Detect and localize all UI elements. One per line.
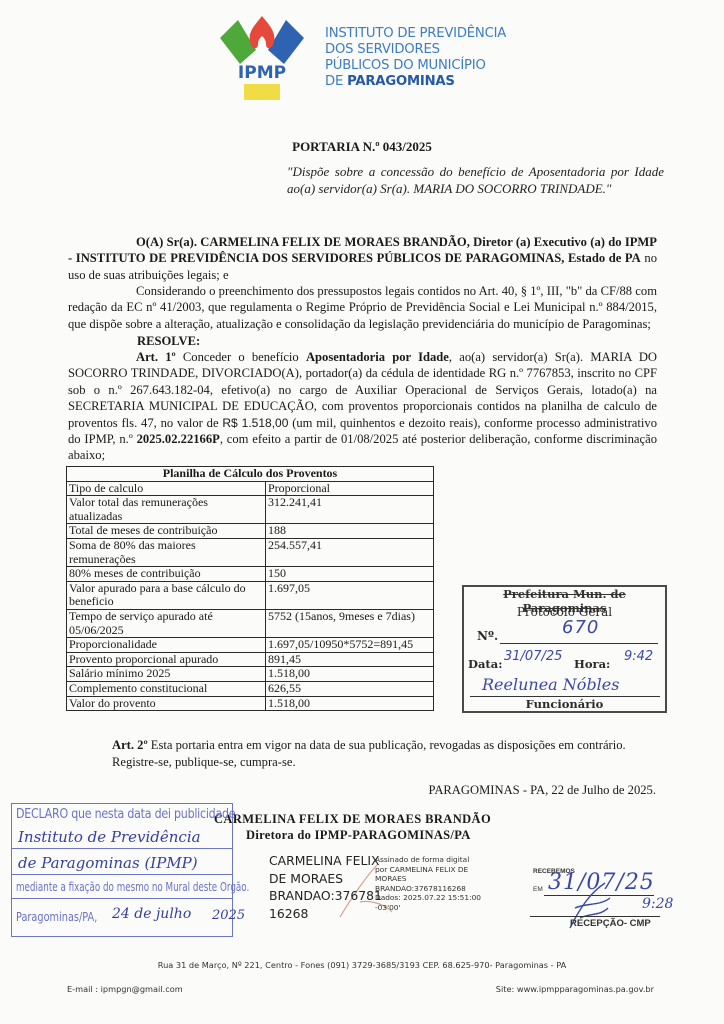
ipmp-emblem-icon: IPMP bbox=[214, 8, 310, 100]
declaration-line-1: DECLARO que nesta data dei publicidade bbox=[16, 806, 235, 822]
table-title: Planilha de Cálculo dos Proventos bbox=[67, 467, 434, 482]
row-value: 1.697,05/10950*5752=891,45 bbox=[266, 638, 434, 653]
art2-label: Art. 2º bbox=[112, 738, 148, 752]
declaration-year: 2025 bbox=[212, 908, 245, 923]
row-label: Tempo de serviço apurado até 05/06/2025 bbox=[67, 609, 266, 637]
row-value: 188 bbox=[266, 524, 434, 539]
row-value: 1.518,00 bbox=[266, 667, 434, 682]
ementa: "Dispõe sobre a concessão do benefício d… bbox=[287, 163, 664, 197]
digital-signature-info: Assinado de forma digital por CARMELINA … bbox=[375, 855, 495, 913]
table-row: Total de meses de contribuição188 bbox=[67, 524, 434, 539]
row-value: 626,55 bbox=[266, 681, 434, 696]
stamp-footer: Funcionário bbox=[464, 697, 665, 711]
institution-city: PARAGOMINAS bbox=[347, 74, 455, 89]
digital-sig-line: DE MORAES bbox=[269, 870, 382, 888]
declaration-rule bbox=[12, 848, 232, 849]
stamp-number-label: Nº. bbox=[477, 629, 498, 643]
declaration-handwritten-2: de Paragominas (IPMP) bbox=[18, 854, 198, 872]
row-label: Complemento constitucional bbox=[67, 681, 266, 696]
receipt-stamp: RECEBEMOS EM 31/07/25 9:28 RECEPÇÃO- CMP bbox=[530, 868, 670, 928]
footer-site[interactable]: Site: www.ipmpparagominas.pa.gov.br bbox=[496, 984, 654, 994]
receipt-footer: RECEPÇÃO- CMP bbox=[570, 918, 651, 929]
row-label: Valor do provento bbox=[67, 696, 266, 711]
place-date: PARAGOMINAS - PA, 22 de Julho de 2025. bbox=[428, 783, 656, 798]
preamble-paragraph: O(A) Sr(a). CARMELINA FELIX DE MORAES BR… bbox=[68, 234, 657, 283]
row-label: Tipo de calculo bbox=[67, 481, 266, 496]
art1-label: Art. 1º bbox=[136, 350, 176, 364]
footer-email[interactable]: E-mail : ipmpgn@gmail.com bbox=[67, 984, 183, 994]
receipt-em: EM bbox=[533, 886, 543, 893]
row-label: 80% meses de contribuição bbox=[67, 567, 266, 582]
row-value: 5752 (15anos, 9meses e 7dias) bbox=[266, 609, 434, 637]
receipt-sign-line bbox=[530, 916, 660, 917]
table-row: Valor do provento1.518,00 bbox=[67, 696, 434, 711]
digital-info-line: por CARMELINA FELIX DE bbox=[375, 865, 495, 875]
stamp-date-label: Data: bbox=[468, 657, 502, 671]
art1-text-a: Conceder o benefício bbox=[176, 350, 306, 364]
considering-paragraph: Considerando o preenchimento dos pressup… bbox=[68, 283, 657, 332]
preamble-bold: O(A) Sr(a). CARMELINA FELIX DE MORAES BR… bbox=[68, 235, 657, 265]
row-label: Total de meses de contribuição bbox=[67, 524, 266, 539]
digital-sig-line: BRANDAO:376781 bbox=[269, 887, 382, 905]
institution-line-3: PÚBLICOS DO MUNICÍPIO bbox=[325, 58, 506, 74]
signer-role: Diretora do IPMP-PARAGOMINAS/PA bbox=[246, 828, 471, 843]
row-value: 150 bbox=[266, 567, 434, 582]
declaration-date-handwritten: 24 de julho bbox=[112, 906, 191, 922]
declaration-city: Paragominas/PA, bbox=[16, 909, 97, 924]
row-value: 312.241,41 bbox=[266, 496, 434, 524]
declaration-stamp: DECLARO que nesta data dei publicidade I… bbox=[11, 803, 233, 937]
digital-info-line: Assinado de forma digital bbox=[375, 855, 495, 865]
row-label: Provento proporcional apurado bbox=[67, 652, 266, 667]
institution-line-2: DOS SERVIDORES bbox=[325, 42, 506, 58]
stamp-time-value: 9:42 bbox=[624, 649, 653, 664]
institution-name: INSTITUTO DE PREVIDÊNCIA DOS SERVIDORES … bbox=[325, 26, 506, 90]
stamp-time-label: Hora: bbox=[574, 657, 610, 671]
declaration-handwritten-1: Instituto de Previdência bbox=[18, 828, 201, 846]
row-value: 891,45 bbox=[266, 652, 434, 667]
row-value: 1.697,05 bbox=[266, 581, 434, 609]
document-title: PORTARIA N.º 043/2025 bbox=[0, 139, 724, 155]
table-row: Salário mínimo 20251.518,00 bbox=[67, 667, 434, 682]
institution-line-4: DE PARAGOMINAS bbox=[325, 74, 506, 90]
benefit-value: R$ 1.518,00 bbox=[222, 416, 288, 430]
row-value: 1.518,00 bbox=[266, 696, 434, 711]
stamp-number-value: 670 bbox=[562, 617, 599, 638]
ipmp-logo: IPMP bbox=[214, 8, 310, 100]
svg-text:IPMP: IPMP bbox=[238, 63, 286, 83]
table-row: Proporcionalidade1.697,05/10950*5752=891… bbox=[67, 638, 434, 653]
digital-sig-line: CARMELINA FELIX bbox=[269, 852, 382, 870]
institution-prefix: DE bbox=[325, 74, 347, 89]
digital-info-line: BRANDAO:37678116268 bbox=[375, 884, 495, 894]
table-row: Soma de 80% das maiores remunerações254.… bbox=[67, 538, 434, 566]
digital-info-line: MORAES bbox=[375, 874, 495, 884]
protocol-stamp: Prefeitura Mun. de Paragominas Protocolo… bbox=[462, 585, 667, 713]
digital-sig-line: 16268 bbox=[269, 905, 382, 923]
digital-info-line: Dados: 2025.07.22 15:51:00 bbox=[375, 893, 495, 903]
row-label: Salário mínimo 2025 bbox=[67, 667, 266, 682]
article-1: Art. 1º Conceder o benefício Aposentador… bbox=[68, 349, 657, 464]
benefit-type: Aposentadoria por Idade bbox=[306, 350, 449, 364]
closing-formula: Registre-se, publique-se, cumpra-se. bbox=[112, 754, 626, 771]
row-label: Valor apurado para a base cálculo do ben… bbox=[67, 581, 266, 609]
institution-line-1: INSTITUTO DE PREVIDÊNCIA bbox=[325, 26, 506, 42]
row-label: Valor total das remunerações atualizadas bbox=[67, 496, 266, 524]
declaration-line-5: Paragominas/PA, bbox=[16, 909, 97, 924]
row-value: 254.557,41 bbox=[266, 538, 434, 566]
digital-info-line: -03'00' bbox=[375, 903, 495, 913]
declaration-rule bbox=[12, 874, 232, 875]
row-label: Soma de 80% das maiores remunerações bbox=[67, 538, 266, 566]
table-row: Tipo de calculoProporcional bbox=[67, 481, 434, 496]
resolve-heading: RESOLVE: bbox=[137, 334, 200, 349]
row-label: Proporcionalidade bbox=[67, 638, 266, 653]
table-row: Valor total das remunerações atualizadas… bbox=[67, 496, 434, 524]
declaration-rule bbox=[12, 898, 232, 899]
declaration-line-4: mediante a fixação do mesmo no Mural des… bbox=[16, 880, 249, 894]
signer-name: CARMELINA FELIX DE MORAES BRANDÃO bbox=[214, 812, 491, 827]
process-number: 2025.02.22166P bbox=[137, 432, 220, 446]
footer-address: Rua 31 de Março, Nº 221, Centro - Fones … bbox=[0, 960, 724, 970]
stamp-date-value: 31/07/25 bbox=[504, 649, 562, 664]
art2-text: Esta portaria entra em vigor na data de … bbox=[148, 738, 626, 752]
table-row: 80% meses de contribuição150 bbox=[67, 567, 434, 582]
table-row: Tempo de serviço apurado até 05/06/20255… bbox=[67, 609, 434, 637]
row-value: Proporcional bbox=[266, 481, 434, 496]
receipt-time: 9:28 bbox=[642, 896, 673, 912]
digital-signature-name: CARMELINA FELIX DE MORAES BRANDAO:376781… bbox=[269, 852, 382, 922]
table-row: Valor apurado para a base cálculo do ben… bbox=[67, 581, 434, 609]
portaria-number: PORTARIA N.º 043/2025 bbox=[292, 139, 432, 154]
stamp-number-line bbox=[500, 643, 658, 644]
article-2: Art. 2º Esta portaria entra em vigor na … bbox=[112, 737, 626, 771]
table-row: Provento proporcional apurado891,45 bbox=[67, 652, 434, 667]
stamp-signature: Reelunea Nóbles bbox=[482, 675, 619, 694]
table-row: Complemento constitucional626,55 bbox=[67, 681, 434, 696]
calculation-table: Planilha de Cálculo dos Proventos Tipo d… bbox=[66, 466, 434, 711]
